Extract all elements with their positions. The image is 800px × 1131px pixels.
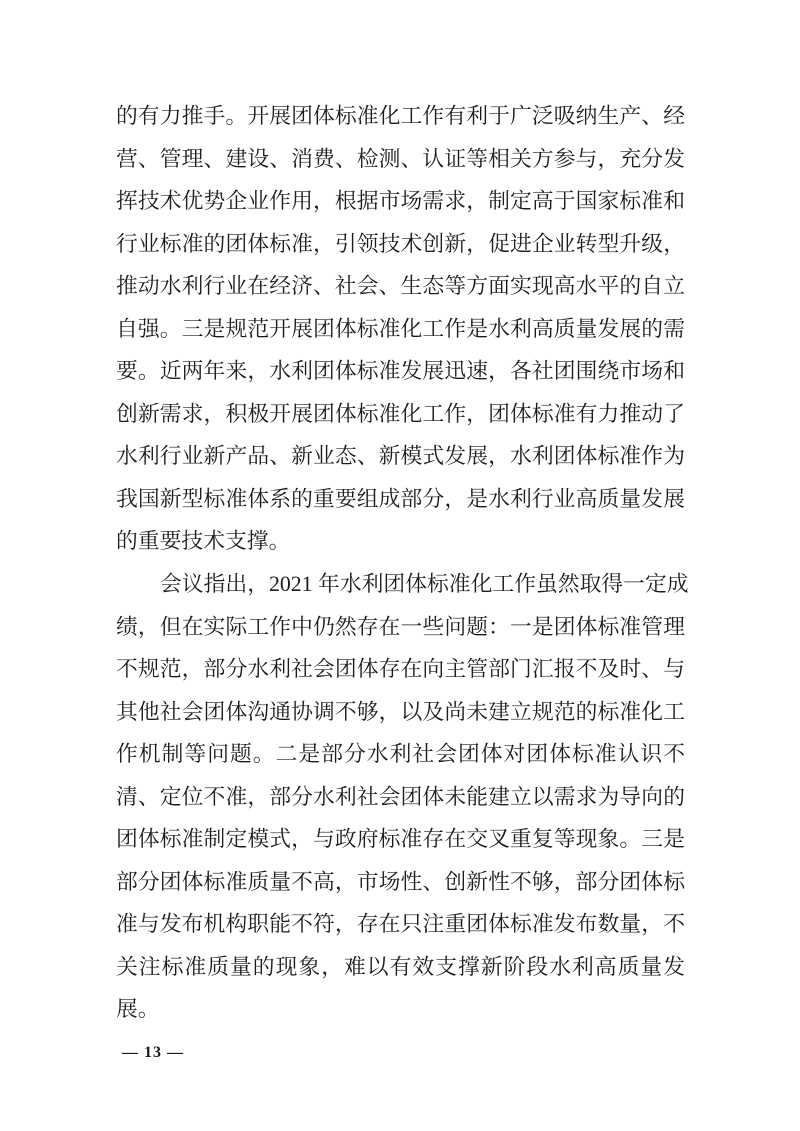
- text-line: 我国新型标准体系的重要组成部分，是水利行业高质量发展: [116, 478, 685, 521]
- page-number: — 13 —: [122, 1044, 184, 1061]
- page-footer: — 13 —: [122, 1044, 184, 1066]
- text-line: 部分团体标准质量不高，市场性、创新性不够，部分团体标: [116, 861, 685, 904]
- text-line: 要。近两年来，水利团体标准发展迅速，各社团围绕市场和: [116, 350, 685, 393]
- text-line: 营、管理、建设、消费、检测、认证等相关方参与，充分发: [116, 138, 685, 181]
- text-line: 推动水利行业在经济、社会、生态等方面实现高水平的自立: [116, 265, 685, 308]
- text-line: 的有力推手。开展团体标准化工作有利于广泛吸纳生产、经: [116, 95, 685, 138]
- text-line: 其他社会团体沟通协调不够，以及尚未建立规范的标准化工: [116, 691, 685, 734]
- text-line: 创新需求，积极开展团体标准化工作，团体标准有力推动了: [116, 393, 685, 436]
- text-line: 不规范，部分水利社会团体存在向主管部门汇报不及时、与: [116, 648, 685, 691]
- text-line: 的重要技术支撑。: [116, 520, 685, 563]
- text-line: 挥技术优势企业作用，根据市场需求，制定高于国家标准和: [116, 180, 685, 223]
- text-line: 绩，但在实际工作中仍然存在一些问题：一是团体标准管理: [116, 606, 685, 649]
- text-line: 行业标准的团体标准，引领技术创新，促进企业转型升级，: [116, 223, 685, 266]
- text-line: 作机制等问题。二是部分水利社会团体对团体标准认识不: [116, 733, 685, 776]
- text-line: 准与发布机构职能不符，存在只注重团体标准发布数量，不: [116, 903, 685, 946]
- text-line: 水利行业新产品、新业态、新模式发展，水利团体标准作为: [116, 435, 685, 478]
- document-page: 的有力推手。开展团体标准化工作有利于广泛吸纳生产、经营、管理、建设、消费、检测、…: [0, 0, 800, 1131]
- text-line: 会议指出，2021 年水利团体标准化工作虽然取得一定成: [116, 563, 685, 606]
- text-line: 自强。三是规范开展团体标准化工作是水利高质量发展的需: [116, 308, 685, 351]
- text-line: 展。: [116, 988, 685, 1031]
- text-line: 团体标准制定模式，与政府标准存在交叉重复等现象。三是: [116, 818, 685, 861]
- text-line: 关注标准质量的现象，难以有效支撑新阶段水利高质量发: [116, 946, 685, 989]
- document-body: 的有力推手。开展团体标准化工作有利于广泛吸纳生产、经营、管理、建设、消费、检测、…: [116, 95, 685, 1031]
- text-line: 清、定位不准，部分水利社会团体未能建立以需求为导向的: [116, 776, 685, 819]
